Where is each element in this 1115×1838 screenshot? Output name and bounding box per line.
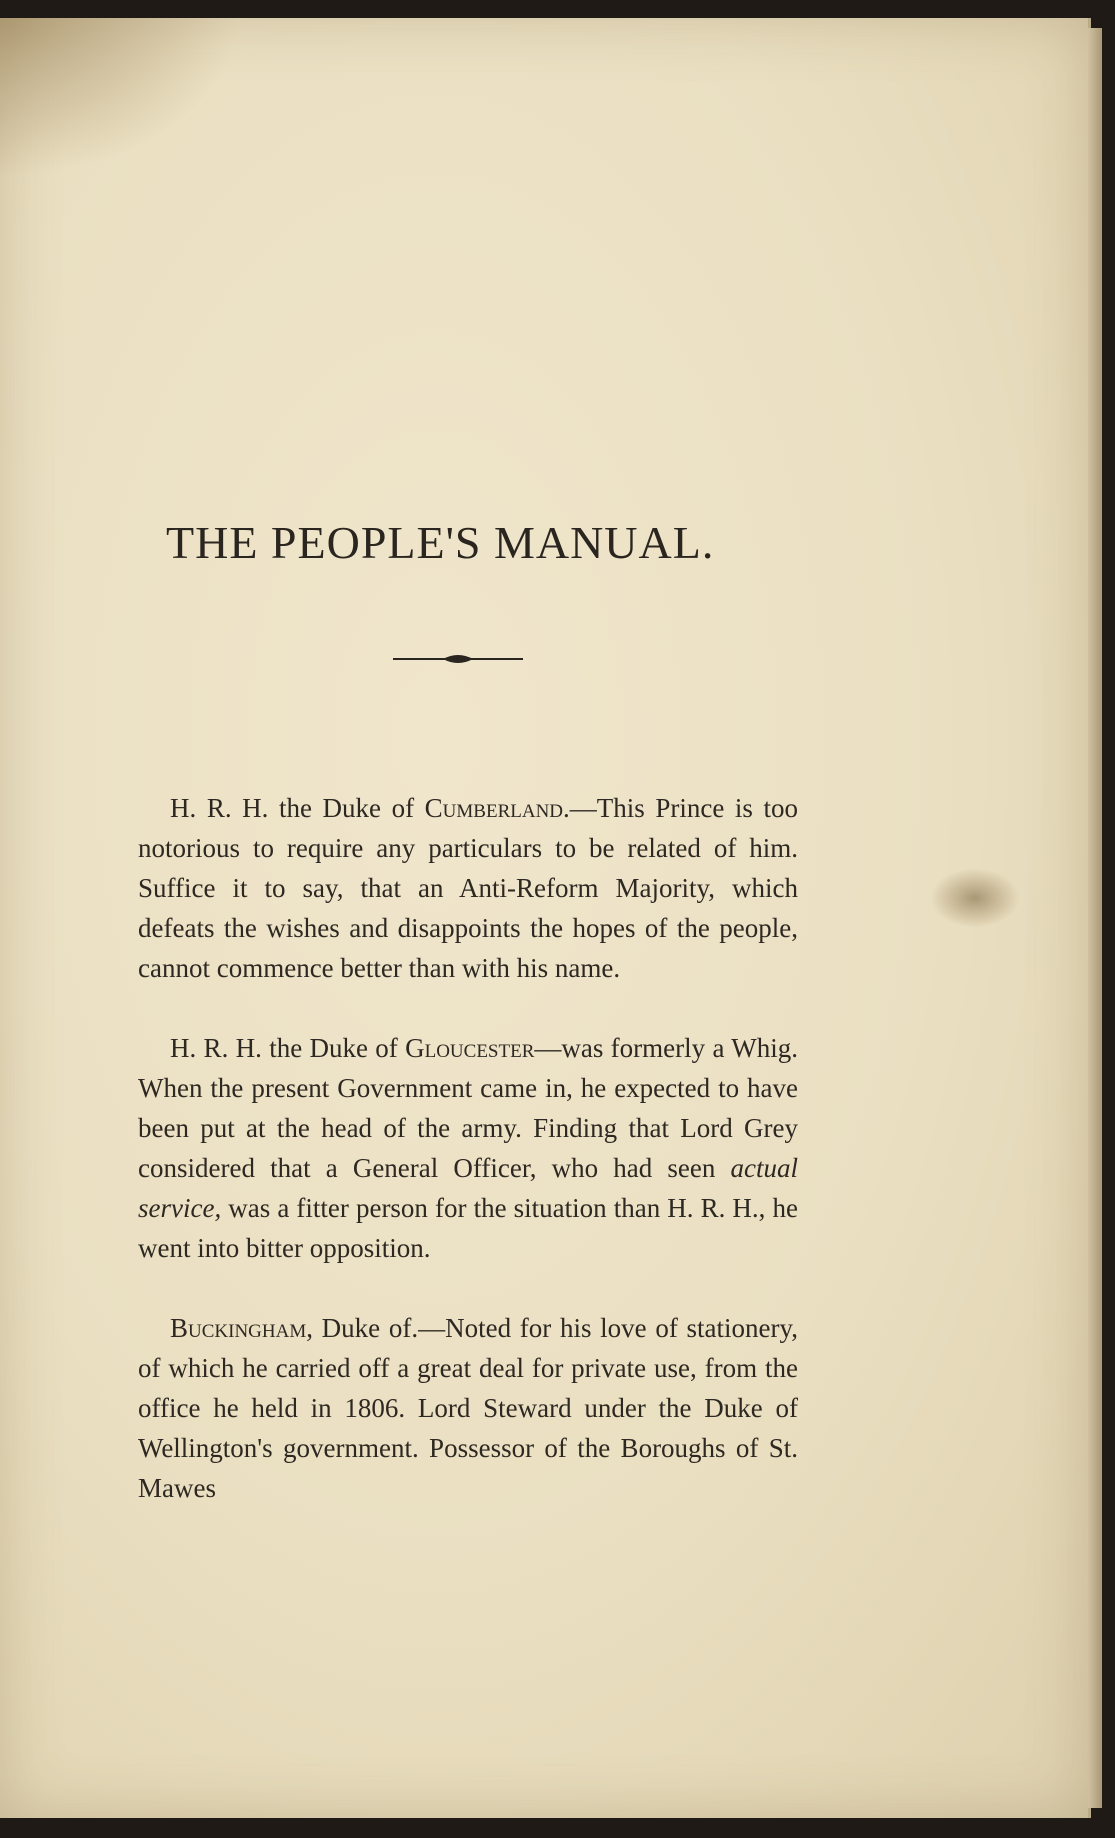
- entry-name: Cumberland: [425, 793, 563, 823]
- page-edge: [1088, 28, 1102, 1808]
- entry-gloucester: H. R. H. the Duke of Gloucester—was form…: [138, 1028, 798, 1268]
- document-body: H. R. H. the Duke of Cumberland.—This Pr…: [138, 788, 798, 1548]
- book-page: THE PEOPLE'S MANUAL. H. R. H. the Duke o…: [0, 18, 1091, 1818]
- entry-cumberland: H. R. H. the Duke of Cumberland.—This Pr…: [138, 788, 798, 988]
- entry-name: Buckingham: [170, 1313, 306, 1343]
- entry-lead: H. R. H. the Duke of: [170, 1033, 405, 1063]
- page-stain: [0, 18, 240, 178]
- page-title: THE PEOPLE'S MANUAL.: [166, 516, 714, 569]
- entry-buckingham: Buckingham, Duke of.—Noted for his love …: [138, 1308, 798, 1508]
- rule-ornament-icon: [393, 651, 523, 667]
- entry-lead: H. R. H. the Duke of: [170, 793, 425, 823]
- entry-text: was a fitter person for the situation th…: [138, 1193, 798, 1263]
- entry-name: Gloucester: [405, 1033, 534, 1063]
- page-stain: [930, 868, 1020, 928]
